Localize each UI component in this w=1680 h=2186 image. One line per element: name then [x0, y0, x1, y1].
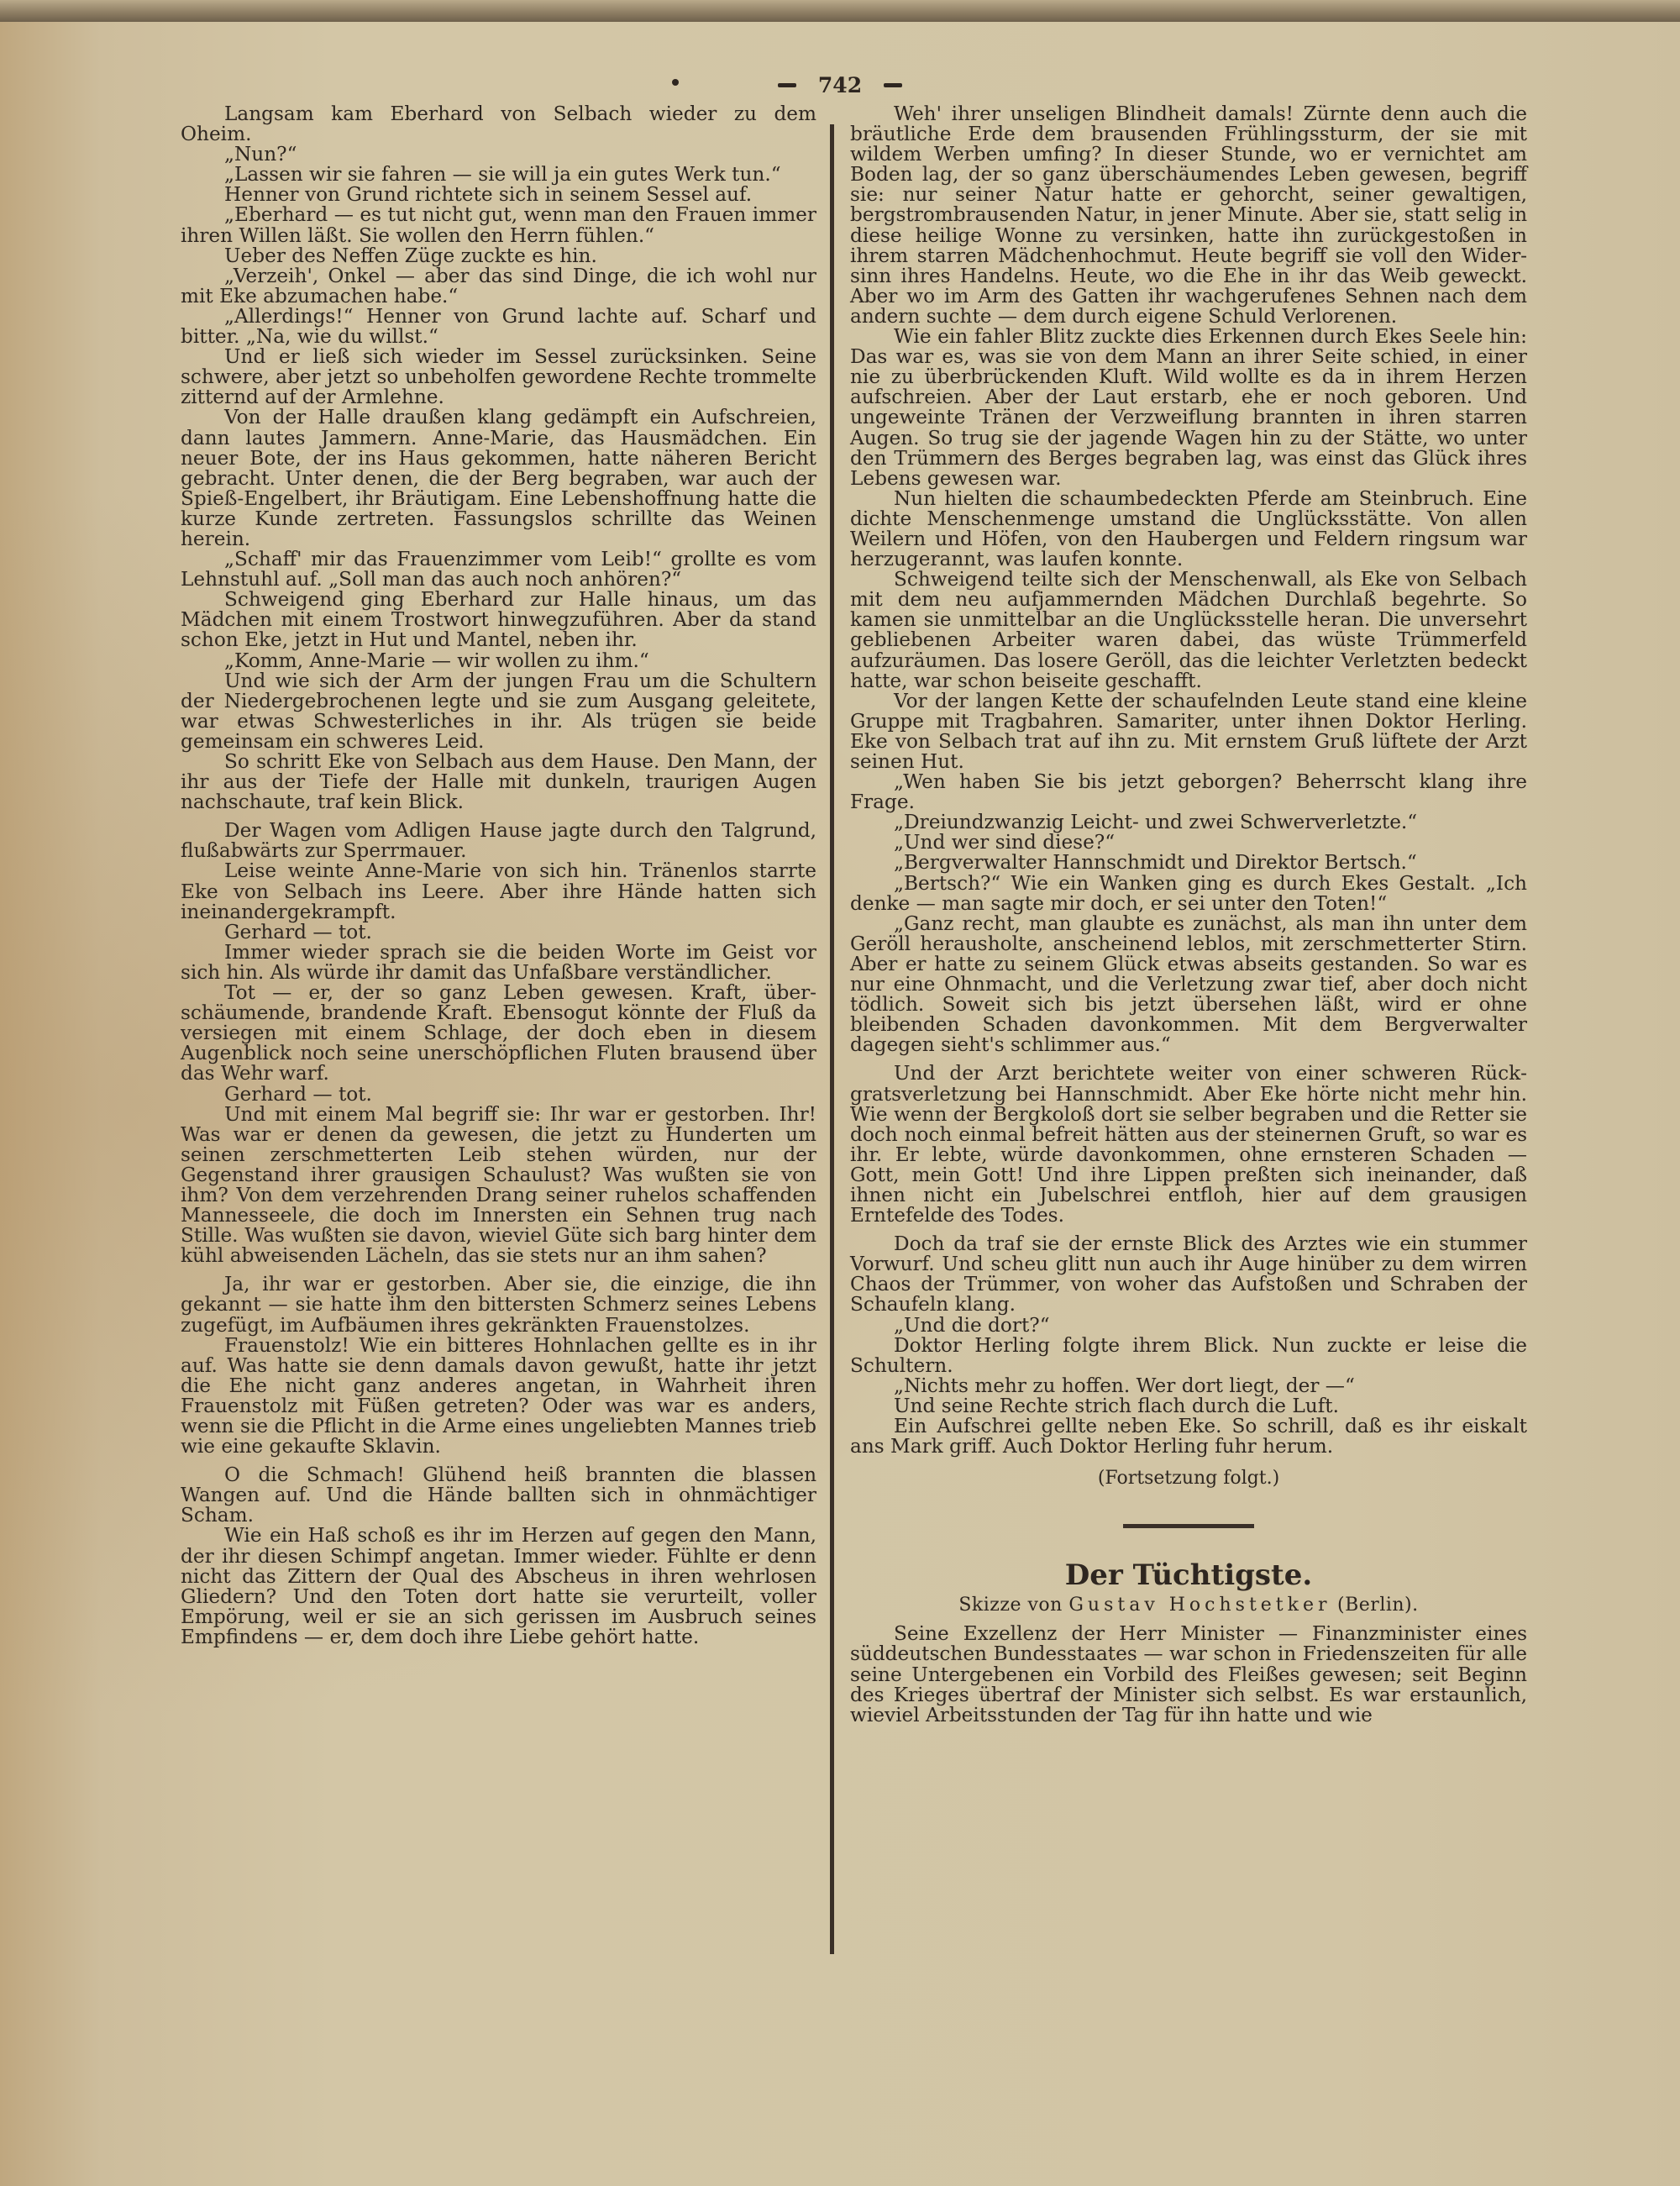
- newspaper-page: 742 Langsam kam Eberhard von Selbach wie…: [0, 22, 1680, 2186]
- paragraph: „Wen haben Sie bis jetzt geborgen? Beher…: [850, 772, 1527, 812]
- paragraph: Von der Halle draußen klang gedämpft ein…: [181, 407, 816, 549]
- paragraph: So schritt Eke von Selbach aus dem Hause…: [181, 752, 816, 812]
- story-byline: Skizze von Gustav Hochstetker (Berlin).: [850, 1595, 1527, 1616]
- paragraph: Seine Exzellenz der Herr Minister — Fina…: [850, 1624, 1527, 1725]
- paragraph: Ein Aufschrei gellte neben Eke. So schri…: [850, 1416, 1527, 1457]
- paragraph: Ja, ihr war er gestorben. Aber sie, die …: [181, 1274, 816, 1335]
- paragraph: „Eberhard — es tut nicht gut, wenn man d…: [181, 205, 816, 245]
- paragraph: Der Wagen vom Adligen Hause jagte durch …: [181, 821, 816, 861]
- paragraph: „Ganz recht, man glaubte es zunächst, al…: [850, 914, 1527, 1056]
- paragraph: Henner von Grund richtete sich in seinem…: [181, 185, 816, 205]
- paragraph: „Lassen wir sie fahren — sie will ja ein…: [181, 165, 816, 185]
- scan-frame-top: [0, 0, 1680, 22]
- paragraph: Leise weinte Anne-Marie von sich hin. Tr…: [181, 861, 816, 922]
- paragraph: Und er ließ sich wieder im Sessel zurück…: [181, 347, 816, 407]
- paragraph: „Nichts mehr zu hoffen. Wer dort liegt, …: [850, 1376, 1527, 1396]
- paragraph: Frauenstolz! Wie ein bitteres Hohnlachen…: [181, 1336, 816, 1458]
- header-dash-left: [778, 83, 796, 87]
- header-dash-right: [884, 83, 902, 87]
- paragraph: Gerhard — tot.: [181, 1085, 816, 1105]
- byline-suffix: (Berlin).: [1337, 1595, 1419, 1616]
- paragraph: Und der Arzt berichtete weiter von einer…: [850, 1064, 1527, 1226]
- paragraph: Vor der langen Kette der schaufelnden Le…: [850, 691, 1527, 772]
- paragraph: Langsam kam Eberhard von Selbach wieder …: [181, 104, 816, 145]
- paragraph: Schweigend teilte sich der Menschenwall,…: [850, 570, 1527, 691]
- next-story-text: Seine Exzellenz der Herr Minister — Fina…: [850, 1624, 1527, 1725]
- paragraph: Doch da traf sie der ernste Blick des Ar…: [850, 1234, 1527, 1315]
- paragraph: Wie ein Haß schoß es ihr im Herzen auf g…: [181, 1526, 816, 1647]
- paragraph: Immer wieder sprach sie die beiden Worte…: [181, 943, 816, 983]
- paragraph: Doktor Herling folgte ihrem Blick. Nun z…: [850, 1336, 1527, 1376]
- paragraph: „Und wer sind diese?“: [850, 833, 1527, 853]
- paragraph: Und seine Rechte strich flach durch die …: [850, 1396, 1527, 1416]
- paragraph: „Nun?“: [181, 145, 816, 165]
- column-divider-rule: [830, 124, 834, 1954]
- paragraph: Weh' ihrer unseligen Blindheit damals! Z…: [850, 104, 1527, 327]
- right-column: Weh' ihrer unseligen Blindheit damals! Z…: [850, 104, 1527, 1726]
- paragraph: Schweigend ging Eberhard zur Halle hinau…: [181, 590, 816, 650]
- right-column-story-text: Weh' ihrer unseligen Blindheit damals! Z…: [850, 104, 1527, 1457]
- paragraph: Und mit einem Mal begriff sie: Ihr war e…: [181, 1105, 816, 1267]
- page-header: 742: [0, 71, 1680, 99]
- paragraph: O die Schmach! Glühend heiß brannten die…: [181, 1465, 816, 1526]
- paragraph: „Komm, Anne-Marie — wir wollen zu ihm.“: [181, 651, 816, 671]
- paragraph: „Schaff' mir das Frauenzimmer vom Leib!“…: [181, 549, 816, 590]
- left-column-story-text: Langsam kam Eberhard von Selbach wieder …: [181, 104, 816, 1647]
- paragraph: Nun hielten die schaumbedeckten Pferde a…: [850, 489, 1527, 570]
- paragraph: Ueber des Neffen Züge zuckte es hin.: [181, 246, 816, 266]
- paragraph: „Dreiundzwanzig Leicht- und zwei Schwerv…: [850, 812, 1527, 833]
- page-number: 742: [818, 73, 862, 97]
- paragraph: „Bertsch?“ Wie ein Wanken ging es durch …: [850, 874, 1527, 914]
- paragraph: „Bergverwalter Hannschmidt und Direktor …: [850, 853, 1527, 873]
- section-separator-rule: [1123, 1524, 1254, 1528]
- paragraph: Und wie sich der Arm der jungen Frau um …: [181, 671, 816, 752]
- continued-note: (Fortsetzung folgt.): [850, 1469, 1527, 1489]
- byline-prefix: Skizze von: [958, 1595, 1062, 1616]
- paragraph: „Und die dort?“: [850, 1316, 1527, 1336]
- paragraph: Wie ein fahler Blitz zuckte dies Erkenne…: [850, 327, 1527, 489]
- paragraph: Tot — er, der so ganz Leben gewesen. Kra…: [181, 983, 816, 1084]
- paragraph: „Allerdings!“ Henner von Grund lachte au…: [181, 307, 816, 347]
- story-title: Der Tüchtigste.: [850, 1558, 1527, 1592]
- paragraph: Gerhard — tot.: [181, 922, 816, 943]
- byline-author: Gustav Hochstetker: [1068, 1595, 1331, 1616]
- ornament-dot: [672, 79, 679, 86]
- paragraph: „Verzeih', Onkel — aber das sind Dinge, …: [181, 266, 816, 307]
